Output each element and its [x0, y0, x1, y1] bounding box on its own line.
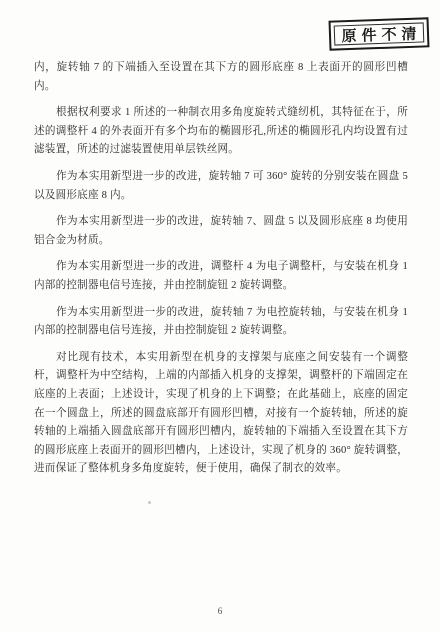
paragraph-claim-reference: 根据权利要求 1 所述的一种制衣用多角度旋转式缝纫机，其特征在于，所述的调整杆 …	[34, 104, 408, 160]
scan-artifact-speck	[148, 501, 151, 504]
document-page: 原件不清 内，旋转轴 7 的下端插入至设置在其下方的圆形底座 8 上表面开的圆形…	[0, 0, 440, 632]
page-number: 6	[0, 606, 440, 616]
paragraph-improvement-adjust-rod: 作为本实用新型进一步的改进，调整杆 4 为电子调整杆，与安装在机身 1 内部的控…	[34, 258, 408, 295]
paragraph-comparison-summary: 对比现有技术，本实用新型在机身的支撑架与底座之间安装有一个调整杆，调整杆为中空结…	[34, 349, 408, 479]
stamp-label: 原件不清	[336, 22, 422, 46]
paragraph-improvement-electric-shaft: 作为本实用新型进一步的改进，旋转轴 7 为电控旋转轴，与安装在机身 1 内部的控…	[34, 304, 408, 341]
patent-text-block: 内，旋转轴 7 的下端插入至设置在其下方的圆形底座 8 上表面开的圆形凹槽内。 …	[34, 59, 408, 487]
original-unclear-stamp: 原件不清	[329, 17, 430, 50]
paragraph-improvement-rotation: 作为本实用新型进一步的改进，旋转轴 7 可 360° 旋转的分别安装在圆盘 5 …	[34, 168, 408, 205]
paragraph-continuation: 内，旋转轴 7 的下端插入至设置在其下方的圆形底座 8 上表面开的圆形凹槽内。	[34, 59, 408, 96]
paragraph-improvement-material: 作为本实用新型进一步的改进，旋转轴 7、圆盘 5 以及圆形底座 8 均使用铝合金…	[34, 213, 408, 250]
